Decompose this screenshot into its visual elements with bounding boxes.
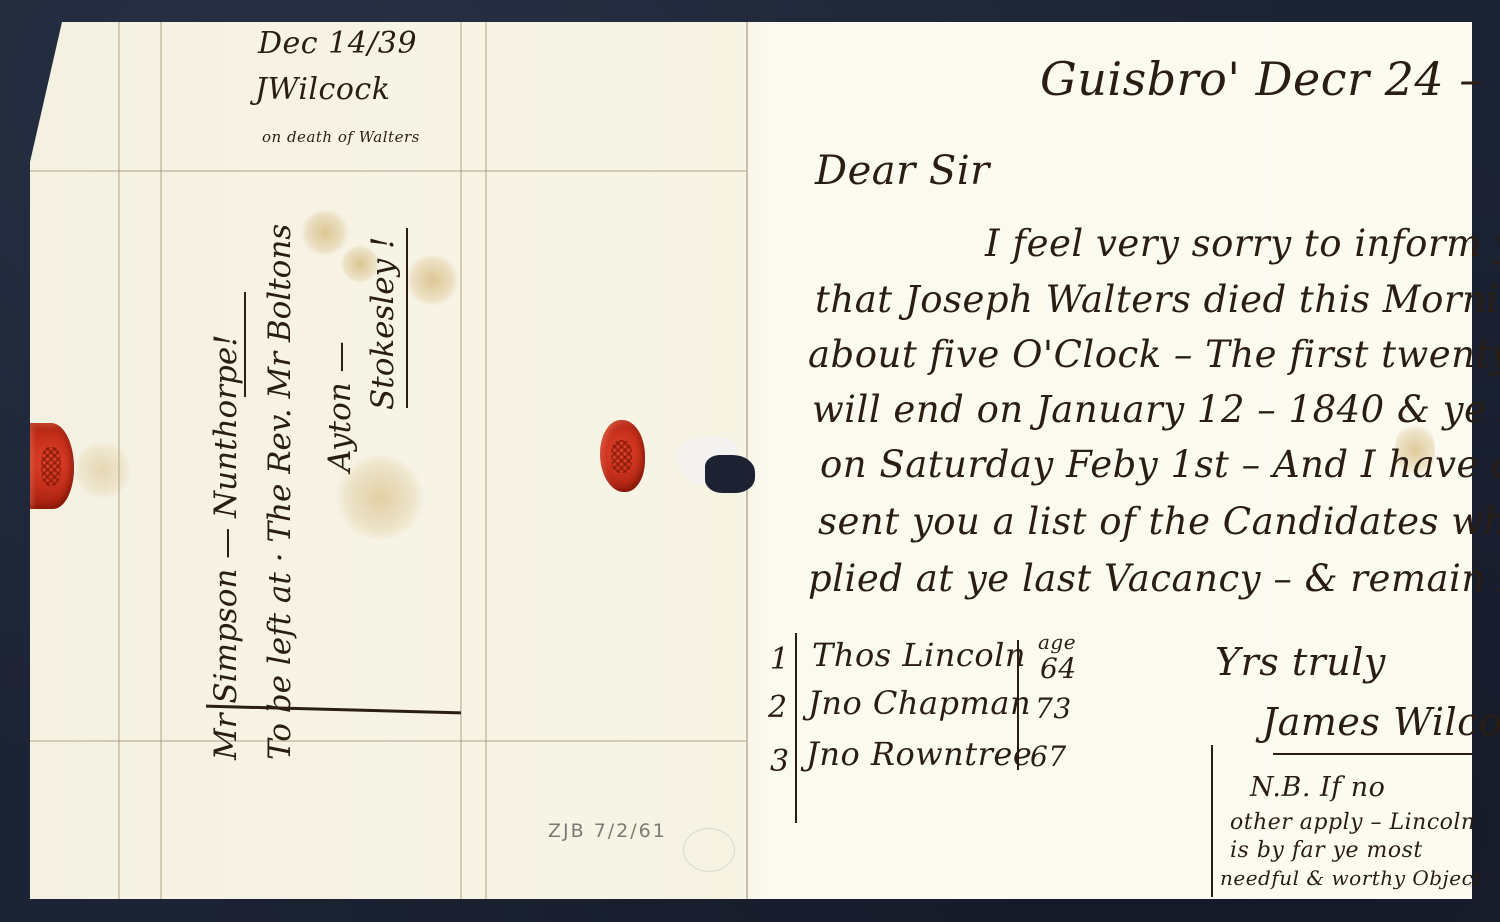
address-line-care-of: To be left at · The Rev. Mr Boltons bbox=[262, 224, 298, 760]
seal-hole bbox=[705, 455, 755, 493]
address-line-post-town: Stokesley ! bbox=[365, 237, 401, 410]
docket-date: Dec 14/39 bbox=[258, 26, 417, 61]
candidate-name: Thos Lincoln bbox=[812, 636, 1026, 674]
candidate-number: 1 bbox=[770, 642, 790, 677]
wax-seal-center bbox=[600, 420, 645, 492]
letter-line: about five O'Clock – The first twenty da… bbox=[808, 333, 1500, 376]
fold-line bbox=[485, 22, 487, 899]
letter-line: sent you a list of the Candidates who ap… bbox=[818, 500, 1500, 543]
letter-line: plied at ye last Vacancy – & remain Dear… bbox=[808, 557, 1500, 600]
candidate-name: Jno Chapman bbox=[808, 684, 1031, 722]
stain bbox=[300, 210, 350, 255]
candidate-age: 67 bbox=[1030, 740, 1067, 773]
address-underline bbox=[244, 292, 246, 397]
fold-line bbox=[30, 170, 746, 172]
stain bbox=[75, 440, 130, 500]
age-header: age bbox=[1038, 630, 1076, 654]
docket-name: JWilcock bbox=[255, 72, 390, 107]
letter-line: will end on January 12 – 1840 & ye secon… bbox=[812, 388, 1500, 431]
fold-line bbox=[30, 740, 746, 742]
letter-closing: Yrs truly bbox=[1215, 640, 1386, 684]
letter-place-date: Guisbro' Decr 24 – 1839 · bbox=[1040, 52, 1500, 106]
postscript-line: needful & worthy Object bbox=[1220, 866, 1482, 890]
table-rule-left bbox=[795, 633, 797, 823]
letter-salutation: Dear Sir bbox=[815, 148, 990, 194]
candidate-number: 3 bbox=[770, 744, 790, 779]
address-line-town: Ayton — bbox=[322, 341, 358, 472]
letter-line: on Saturday Feby 1st – And I have also bbox=[820, 443, 1500, 486]
candidate-name: Jno Rowntree bbox=[806, 735, 1032, 773]
address-line-recipient: Mr Simpson — Nunthorpe! bbox=[208, 334, 244, 760]
postscript-line: other apply – Lincoln bbox=[1230, 810, 1476, 835]
postscript-line: is by far ye most bbox=[1230, 838, 1423, 863]
postscript-line: N.B. If no bbox=[1250, 772, 1385, 803]
letter-line: I feel very sorry to inform you bbox=[985, 222, 1500, 265]
letter-signature: James Wilcock bbox=[1262, 700, 1500, 744]
fold-line bbox=[160, 22, 162, 899]
archive-reference: ZJB 7/2/61 bbox=[548, 820, 667, 842]
fold-line bbox=[460, 22, 462, 899]
postscript-rule bbox=[1211, 745, 1213, 897]
letter-line: that Joseph Walters died this Morning bbox=[815, 278, 1500, 321]
signature-underline bbox=[1273, 753, 1472, 755]
wax-seal-left bbox=[30, 423, 74, 509]
address-underline bbox=[406, 228, 408, 408]
candidate-age: 73 bbox=[1035, 692, 1072, 725]
candidate-age: 64 bbox=[1040, 652, 1077, 685]
stain bbox=[405, 255, 460, 305]
docket-note: on death of Walters bbox=[262, 128, 420, 146]
candidate-number: 2 bbox=[768, 690, 788, 725]
embossed-stamp bbox=[683, 828, 735, 872]
